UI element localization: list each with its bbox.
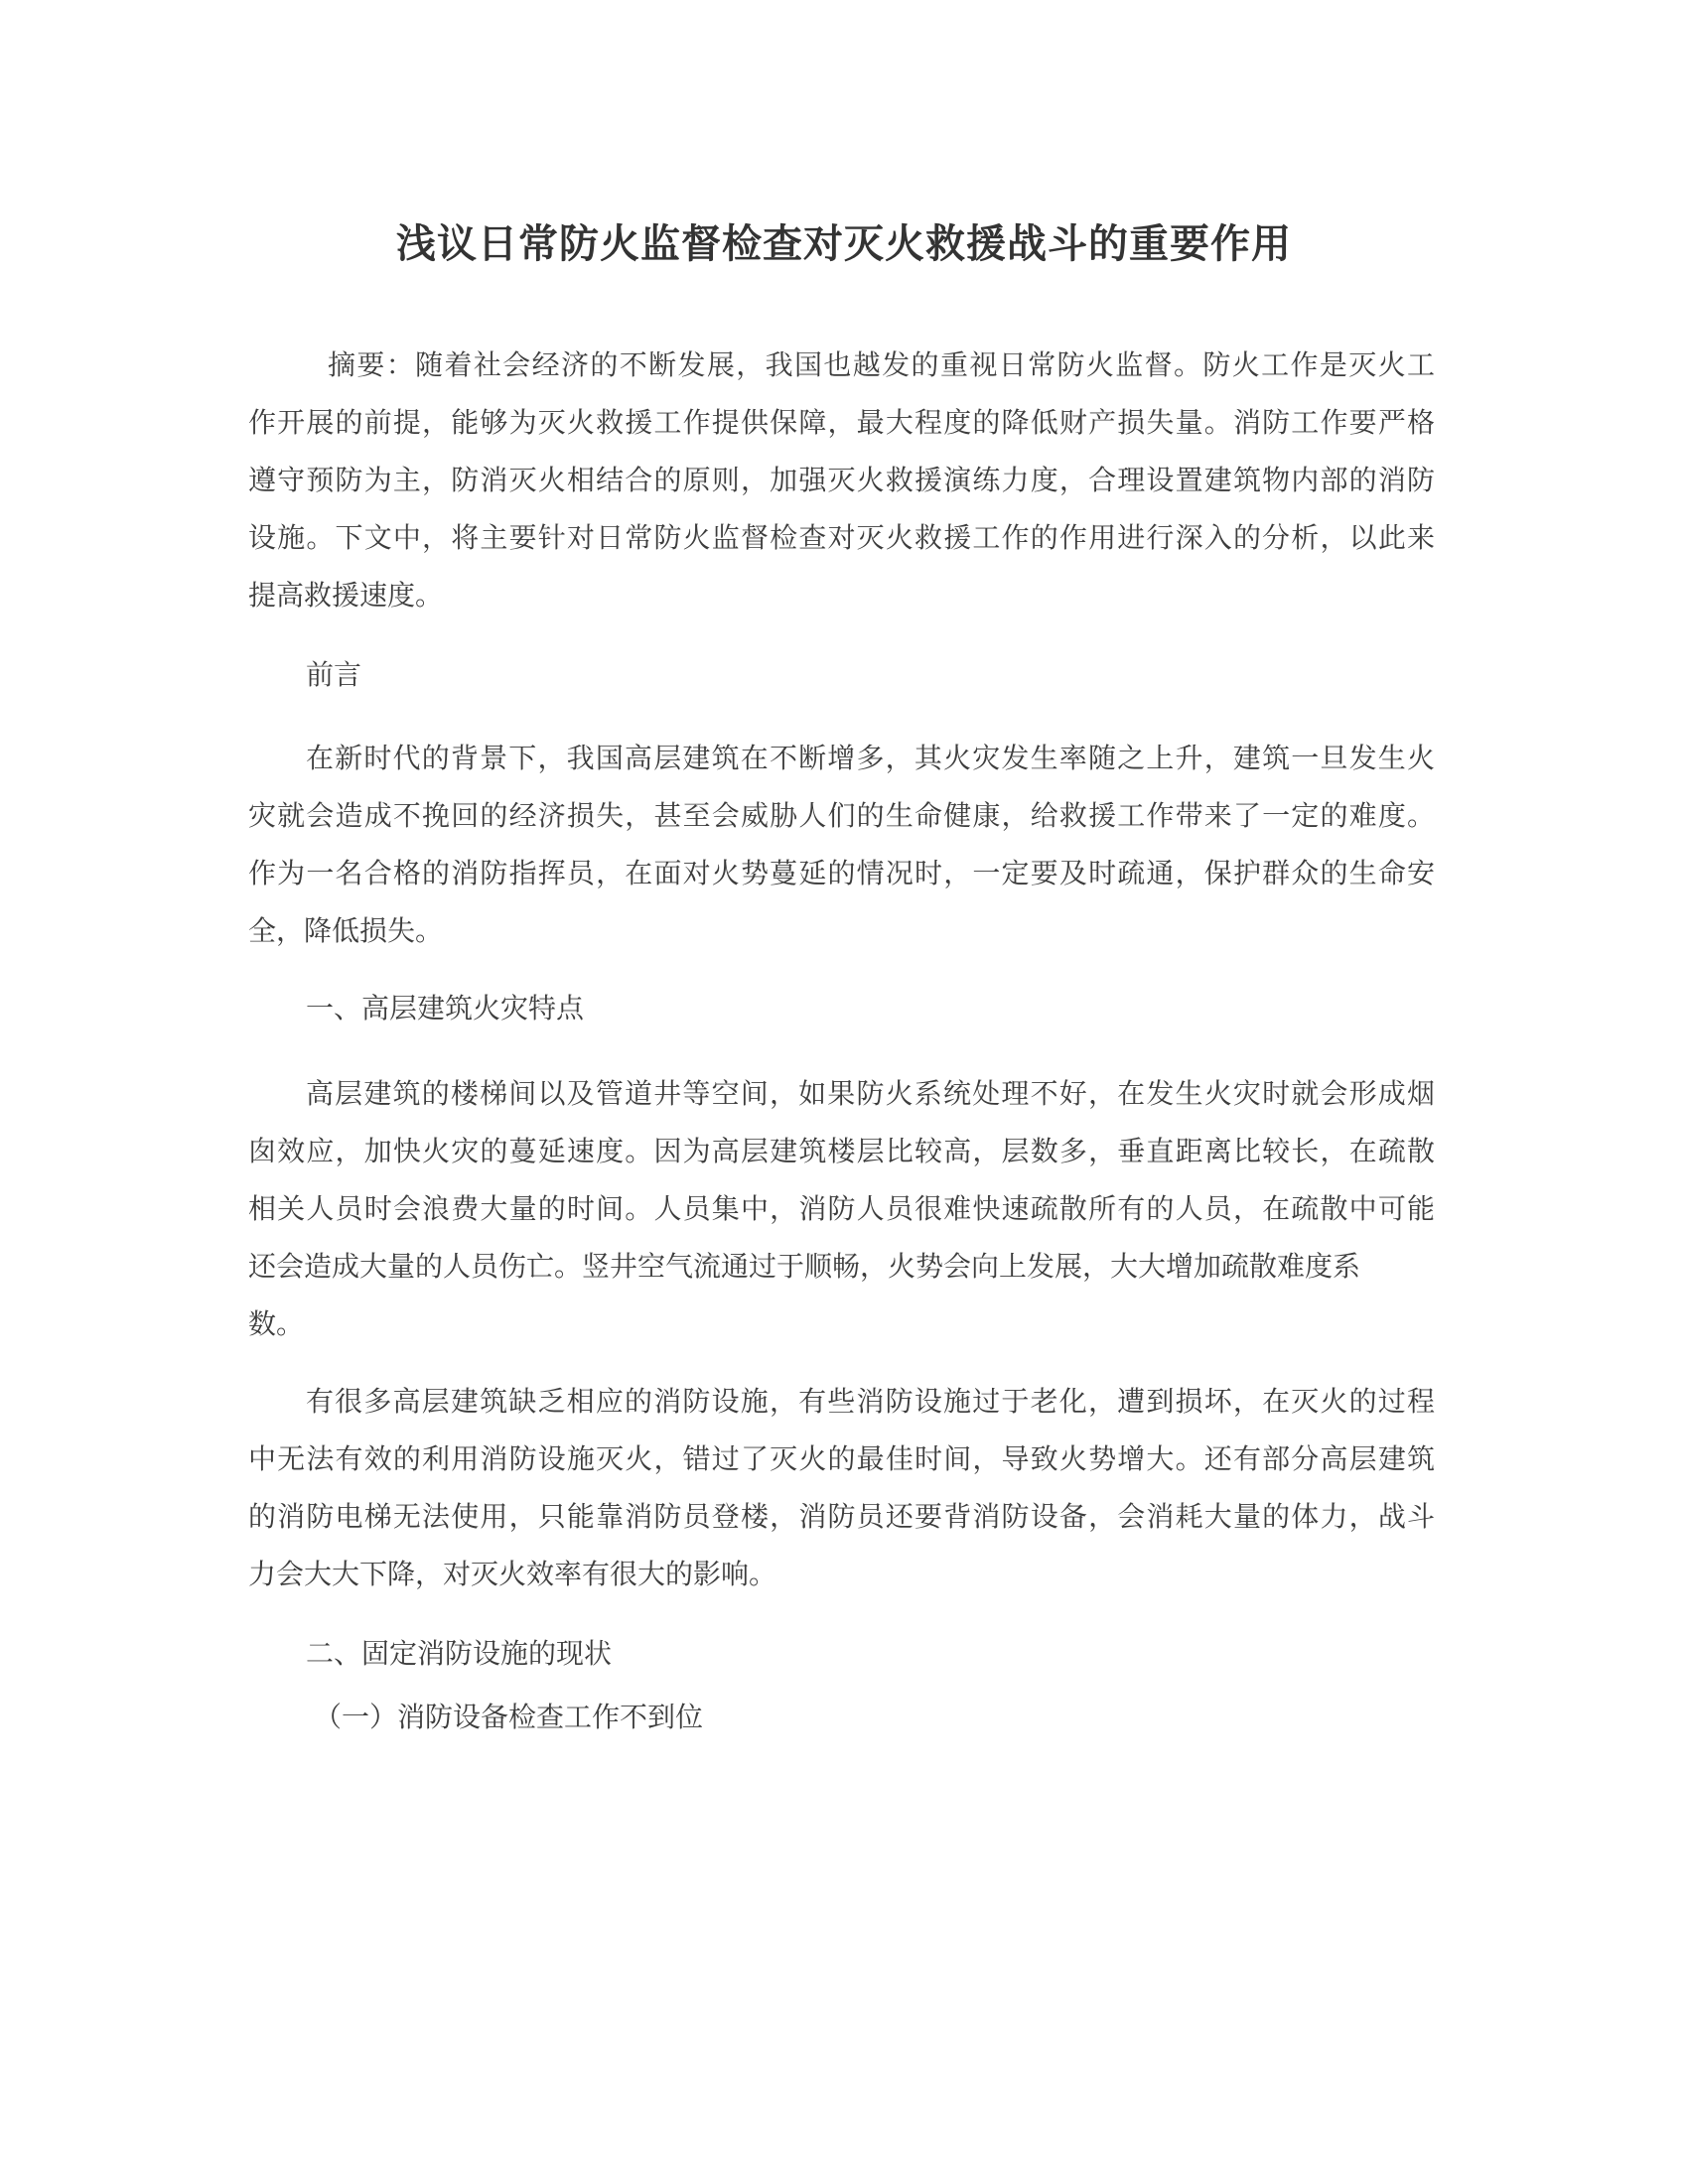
abstract-line: 摘要：随着社会经济的不断发展，我国也越发的重视日常防火监督。防火工作是灭火工 <box>328 345 1435 385</box>
paragraph-line: 相关人员时会浪费大量的时间。人员集中，消防人员很难快速疏散所有的人员，在疏散中可… <box>248 1189 1435 1229</box>
paragraph-line: 囱效应，加快火灾的蔓延速度。因为高层建筑楼层比较高，层数多，垂直距离比较长，在疏… <box>248 1132 1435 1171</box>
paragraph-line: 力会大大下降，对灭火效率有很大的影响。 <box>248 1555 1435 1594</box>
paragraph-line: 有很多高层建筑缺乏相应的消防设施，有些消防设施过于老化，遭到损坏，在灭火的过程 <box>306 1382 1435 1422</box>
preface-line: 在新时代的背景下，我国高层建筑在不断增多，其火灾发生率随之上升，建筑一旦发生火 <box>306 739 1435 778</box>
paragraph-line: 中无法有效的利用消防设施灭火，错过了灭火的最佳时间，导致火势增大。还有部分高层建… <box>248 1439 1435 1479</box>
section-heading: 一、高层建筑火灾特点 <box>306 989 1435 1028</box>
abstract-line: 提高救援速度。 <box>248 576 1435 615</box>
paragraph-line: 数。 <box>248 1304 1435 1344</box>
paragraph-line: 还会造成大量的人员伤亡。竖井空气流通过于顺畅，火势会向上发展，大大增加疏散难度系 <box>248 1247 1435 1287</box>
preface-line: 全，降低损失。 <box>248 911 1435 951</box>
preface-line: 作为一名合格的消防指挥员，在面对火势蔓延的情况时，一定要及时疏通，保护群众的生命… <box>248 854 1435 893</box>
section-heading: 二、固定消防设施的现状 <box>306 1634 1435 1674</box>
abstract-line: 遵守预防为主，防消灭火相结合的原则，加强灭火救援演练力度，合理设置建筑物内部的消… <box>248 461 1435 500</box>
preface-heading: 前言 <box>306 655 1435 695</box>
paragraph-line: 高层建筑的楼梯间以及管道井等空间，如果防火系统处理不好，在发生火灾时就会形成烟 <box>306 1074 1435 1114</box>
abstract-line: 作开展的前提，能够为灭火救援工作提供保障，最大程度的降低财产损失量。消防工作要严… <box>248 403 1435 443</box>
paragraph-line: 的消防电梯无法使用，只能靠消防员登楼，消防员还要背消防设备，会消耗大量的体力，战… <box>248 1497 1435 1537</box>
document-page: 浅议日常防火监督检查对灭火救援战斗的重要作用 摘要：随着社会经济的不断发展，我国… <box>0 0 1688 2184</box>
preface-line: 灾就会造成不挽回的经济损失，甚至会威胁人们的生命健康，给救援工作带来了一定的难度… <box>248 796 1435 836</box>
document-title: 浅议日常防火监督检查对灭火救援战斗的重要作用 <box>0 216 1688 272</box>
abstract-line: 设施。下文中，将主要针对日常防火监督检查对灭火救援工作的作用进行深入的分析，以此… <box>248 518 1435 558</box>
subsection-heading: （一）消防设备检查工作不到位 <box>314 1698 1500 1737</box>
